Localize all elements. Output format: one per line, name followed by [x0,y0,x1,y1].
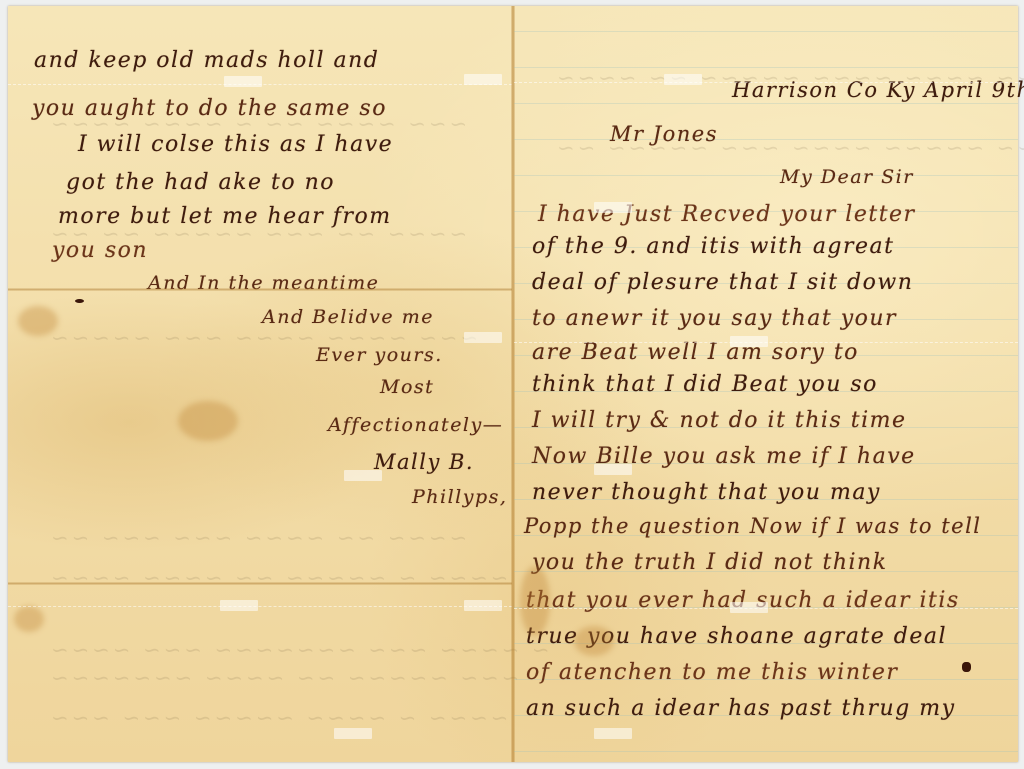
watermark-guide [8,84,512,85]
watermark-guide [514,342,1018,343]
left-page: ~~~ ~~~~ ~~ ~ ~~~~ ~~~~ ~~~~ ~~ ~~~ ~~~~… [8,6,512,762]
right-page: ~~~~~ ~~~~ ~~~~ ~~~~~ ~~ ~~~~ ~~~~ ~~~~~… [514,6,1018,762]
letter-line: I will colse this as I have [78,132,393,157]
letter-line: never thought that you may [532,480,881,505]
bleed-through-text: ~~~~ ~ ~~~~ ~~~~~ ~~~ ~~~ [48,706,508,730]
watermark-stamp [224,76,262,87]
letter-line: you aught to do the same so [32,96,387,121]
letter-line: of atenchen to me this winter [526,660,898,685]
letter-line: Now Bille you ask me if I have [532,444,916,469]
stain [14,606,44,632]
horizontal-fold [8,582,512,585]
letter-line: an such a idear has past thrug my [526,696,956,721]
watermark-stamp [464,332,502,343]
letter-line: got the had ake to no [66,170,335,195]
letter-line: more but let me hear from [58,204,392,229]
watermark-stamp [344,470,382,481]
watermark-guide [8,606,512,607]
stain [18,306,58,336]
letter-line: are Beat well I am sory to [532,340,859,365]
bleed-through-text: ~~~ ~~~~~ ~~ ~~~~ ~~~~~~~ [48,666,519,690]
letter-line: you son [52,238,148,263]
letter-line: of the 9. and itis with agreat [532,234,895,259]
bleed-through-text: ~ ~~~~ ~~~ ~~~~~~~ ~~~ ~~~~ [48,638,549,662]
letter-line: think that I did Beat you so [532,372,878,397]
ink-blot [75,299,84,303]
watermark-stamp [594,728,632,739]
letter-line: I will try & not do it this time [532,408,907,433]
bleed-through-text: ~~~~ ~ ~~~~~ ~~ ~~~~ ~~~~ [48,566,508,590]
watermark-stamp [594,464,632,475]
watermark-stamp [594,202,632,213]
closing-line: Ever yours. [316,344,443,366]
stain [520,566,550,636]
watermark-guide [514,608,1018,609]
stain [178,401,238,441]
letter-sheet: ~~~ ~~~~ ~~ ~ ~~~~ ~~~~ ~~~~ ~~ ~~~ ~~~~… [8,6,1018,762]
watermark-stamp [334,728,372,739]
watermark-stamp [664,74,702,85]
closing-line: Affectionately— [328,414,503,436]
addressee: Mr Jones [610,122,718,146]
salutation: My Dear Sir [780,166,914,188]
letter-line: to anewr it you say that your [532,306,897,331]
signature: Phillyps, [412,486,507,508]
stain [574,626,614,656]
ink-blot [962,662,971,672]
bleed-through-text: ~~~~ ~~ ~~~~ ~~~ ~~~ ~~ [48,526,467,550]
closing-line: Most [380,376,434,398]
letter-line: you the truth I did not think [532,550,888,575]
letter-line: Popp the question Now if I was to tell [524,514,982,538]
horizontal-fold [8,288,512,291]
closing-line: And Belidve me [262,306,434,328]
watermark-guide [514,82,1018,83]
letter-line: deal of plesure that I sit down [532,270,913,295]
letter-line: and keep old mads holl and [34,48,379,73]
signature: Mally B. [374,450,474,474]
